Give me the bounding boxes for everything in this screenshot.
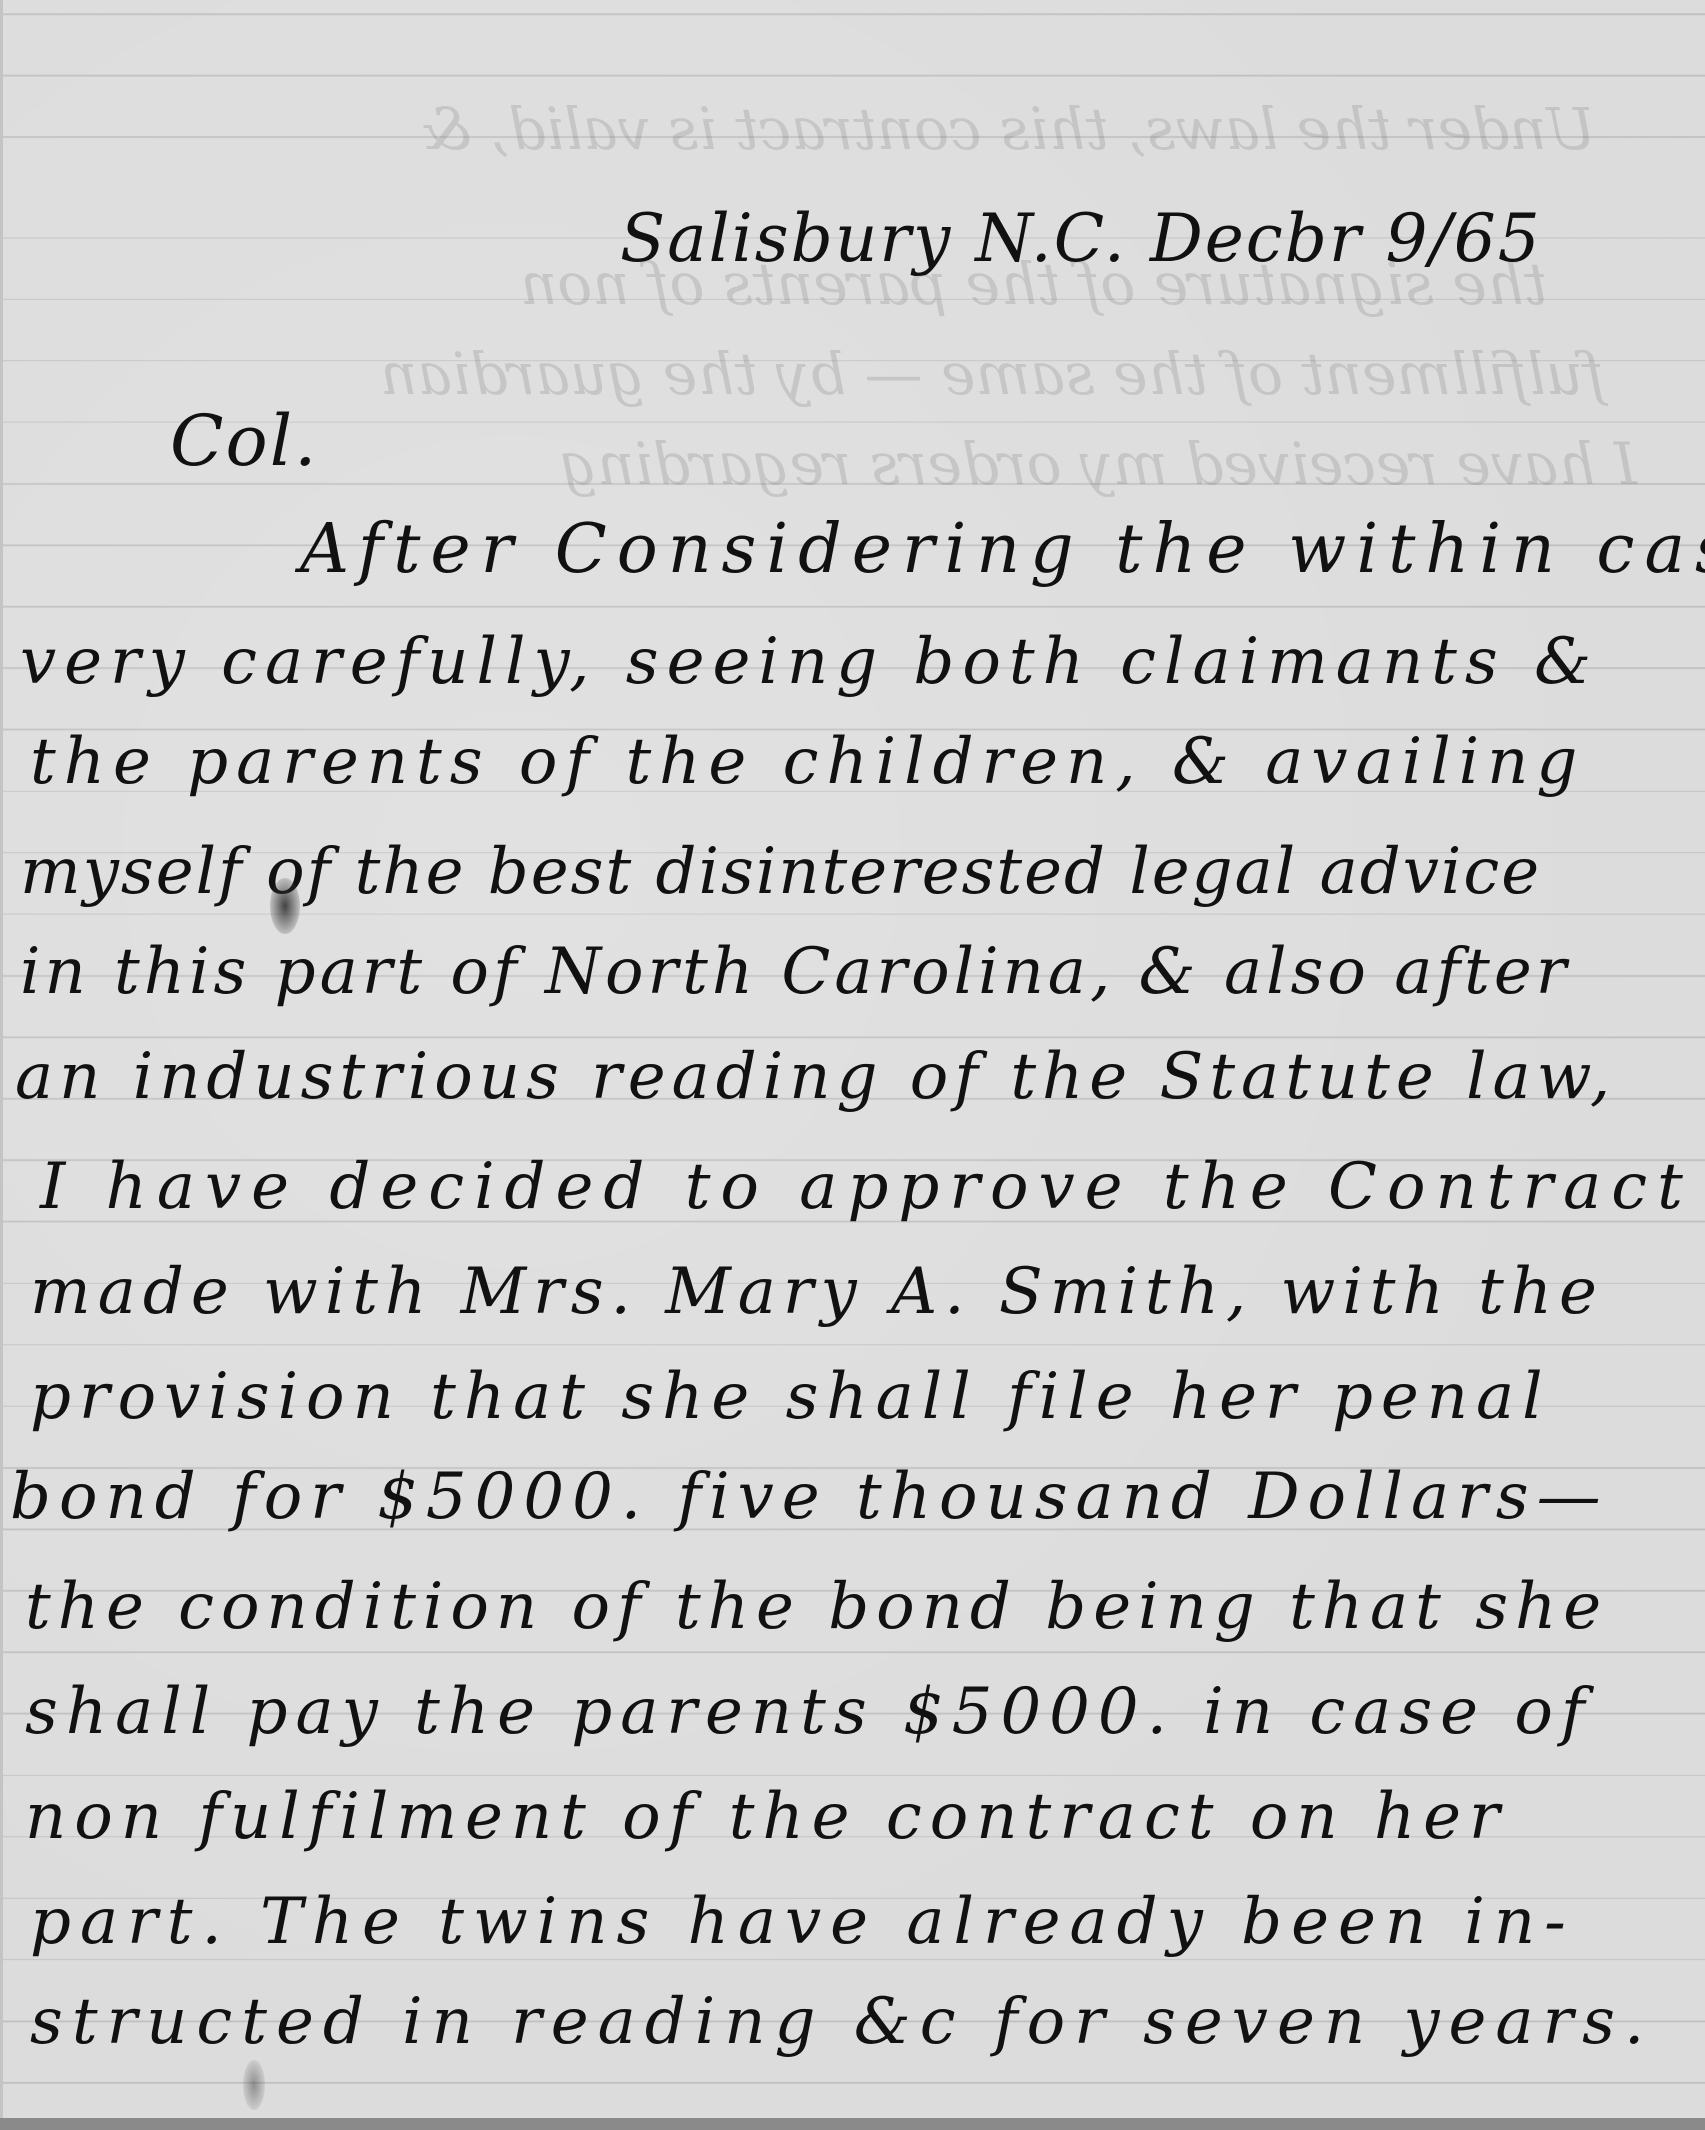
page-bottom-edge	[0, 2118, 1705, 2130]
body-line: shall pay the parents $5000. in case of	[25, 1675, 1593, 1749]
body-line: in this part of North Carolina, & also a…	[20, 935, 1570, 1009]
body-line: myself of the best disinterested legal a…	[20, 835, 1541, 909]
bleed-through-line: Under the laws, this contract is valid, …	[420, 95, 1596, 163]
body-line: I have decided to approve the Contract	[40, 1150, 1693, 1224]
body-line: the condition of the bond being that she	[25, 1570, 1608, 1644]
body-line: part. The twins have already been in-	[30, 1885, 1575, 1959]
body-line: non fulfilment of the contract on her	[25, 1780, 1508, 1854]
body-line: structed in reading &c for seven years.	[30, 1985, 1653, 2059]
dateline: Salisbury N.C. Decbr 9/65	[620, 200, 1542, 277]
page-left-edge	[0, 0, 3, 2130]
body-line: very carefully, seeing both claimants &	[20, 625, 1599, 699]
bleed-through-line: I have received my orders regarding	[560, 430, 1637, 498]
body-line: provision that she shall file her penal	[30, 1360, 1551, 1434]
ink-blot	[270, 878, 300, 934]
body-line: After Considering the within case	[300, 510, 1705, 589]
bleed-through-line: fulfillment of the same — by the guardia…	[380, 340, 1605, 408]
salutation: Col.	[170, 400, 318, 482]
body-line: made with Mrs. Mary A. Smith, with the	[30, 1255, 1604, 1329]
body-line: an industrious reading of the Statute la…	[15, 1040, 1616, 1114]
body-line: bond for $5000. five thousand Dollars—	[10, 1460, 1609, 1534]
ink-blot	[243, 2060, 265, 2110]
letter-page: Under the laws, this contract is valid, …	[0, 0, 1705, 2130]
body-line: the parents of the children, & availing	[30, 725, 1585, 799]
